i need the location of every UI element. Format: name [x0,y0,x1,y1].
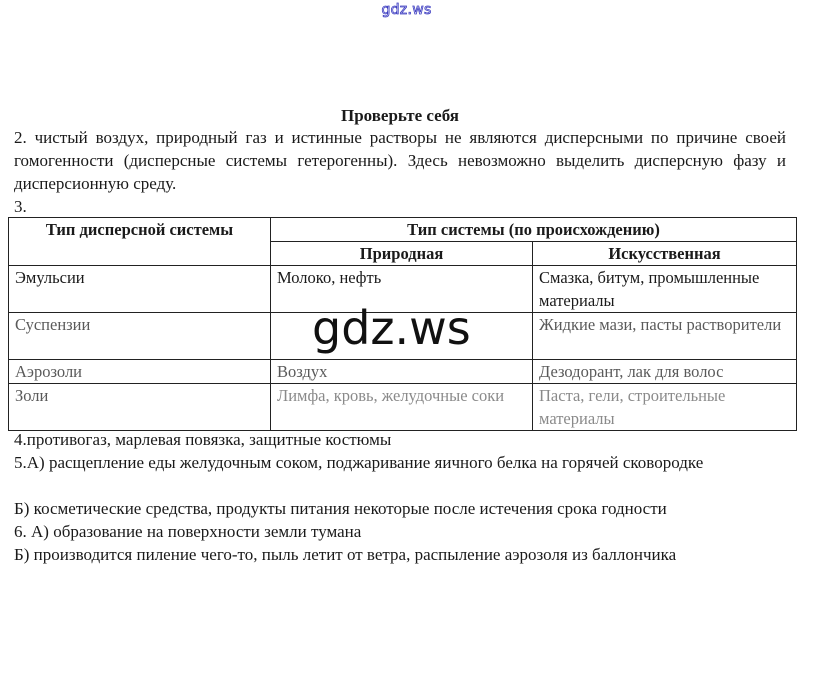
section-title: Проверьте себя [0,106,800,126]
cell-type: Суспензии [9,313,271,360]
cell-artificial: Паста, гели, строительные материалы [533,384,797,431]
header-system-type: Тип дисперсной системы [9,218,271,266]
cell-natural: Лимфа, кровь, желудочные соки [271,384,533,431]
site-watermark-top: gdz.ws [0,2,813,18]
cell-natural: Воздух [271,360,533,384]
cell-type: Золи [9,384,271,431]
answer-4: 4.противогаз, марлевая повязка, защитные… [14,428,786,451]
answer-2: 2. чистый воздух, природный газ и истинн… [14,126,786,195]
answer-5b: Б) косметические средства, продукты пита… [14,497,786,520]
header-natural: Природная [271,242,533,266]
gdz-watermark: gdz.ws [312,300,471,356]
header-artificial: Искусственная [533,242,797,266]
answer-5a: 5.А) расщепление еды желудочным соком, п… [14,451,786,474]
cell-type: Аэрозоли [9,360,271,384]
table-row: Аэрозоли Воздух Дезодорант, лак для воло… [9,360,797,384]
answer-6a: 6. А) образование на поверхности земли т… [14,520,786,543]
cell-artificial: Дезодорант, лак для волос [533,360,797,384]
header-origin-group: Тип системы (по происхождению) [271,218,797,242]
answer-3-label: 3. [14,195,786,218]
cell-artificial: Смазка, битум, промышленные материалы [533,266,797,313]
cell-type: Эмульсии [9,266,271,313]
answer-6b: Б) производится пиление чего-то, пыль ле… [14,543,786,566]
table-row: Золи Лимфа, кровь, желудочные соки Паста… [9,384,797,431]
cell-artificial: Жидкие мази, пасты растворители [533,313,797,360]
